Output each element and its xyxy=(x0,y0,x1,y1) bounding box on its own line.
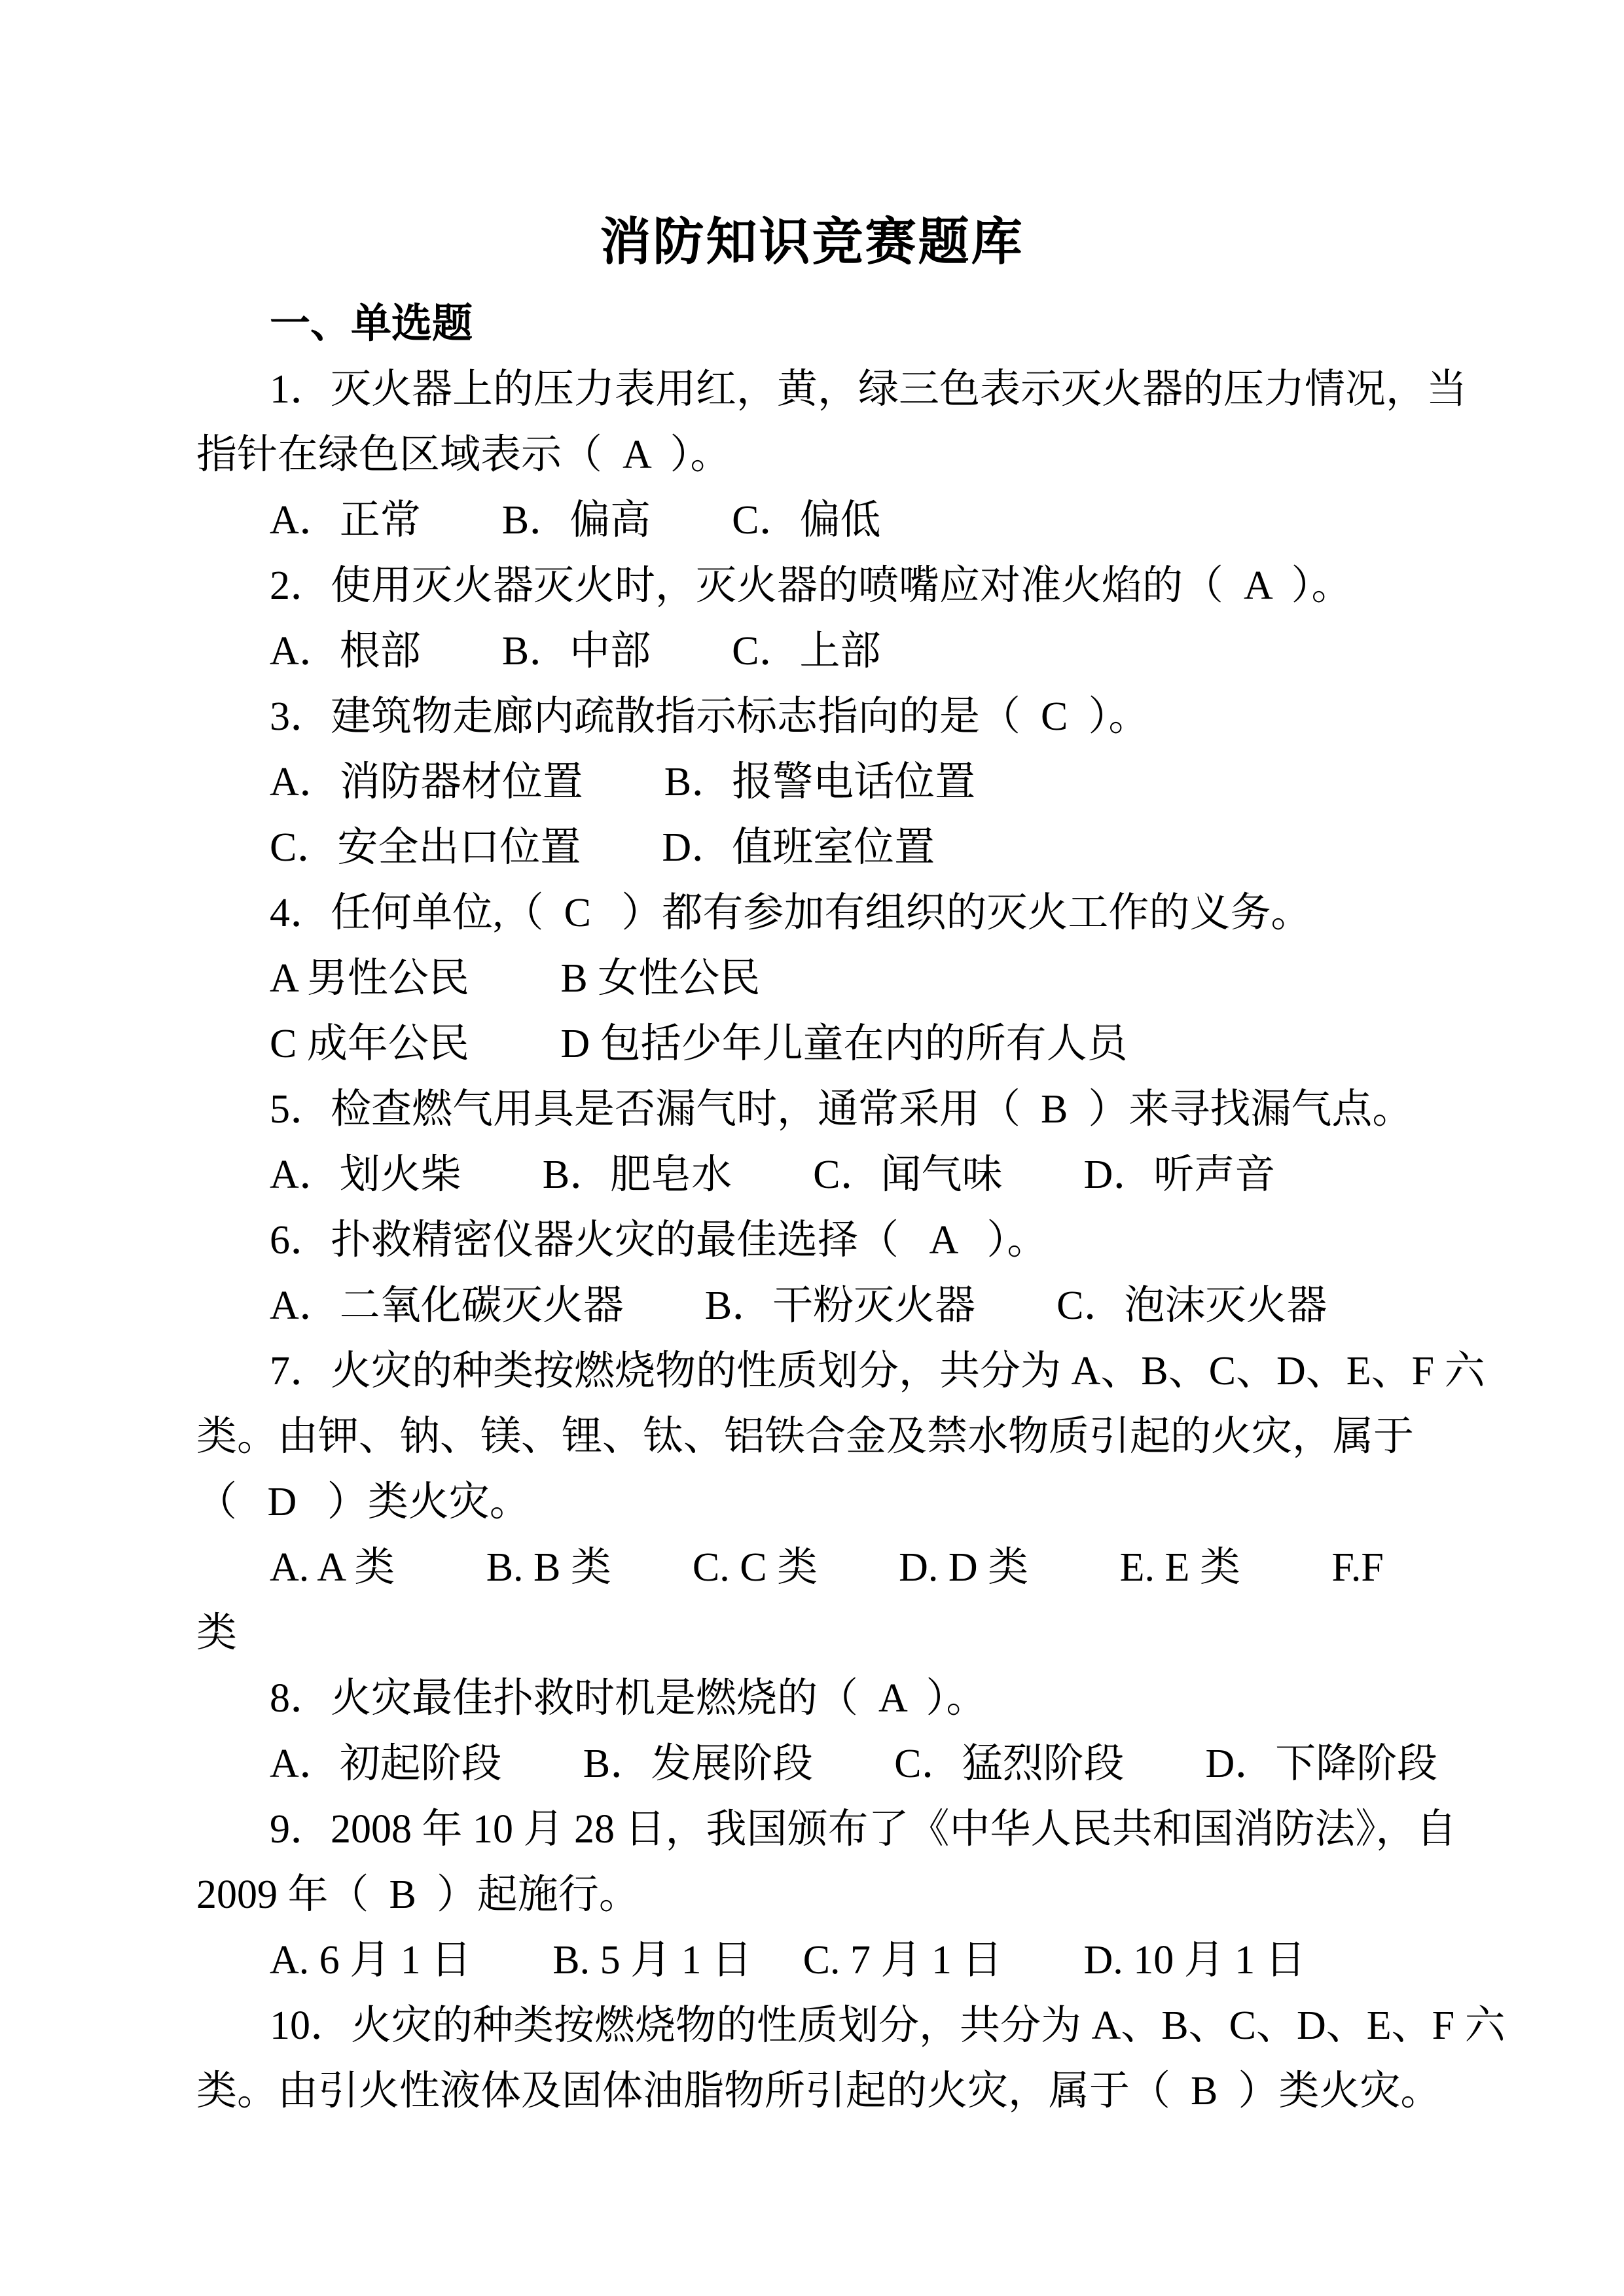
question-9-text-line-2: 2009 年（ B ）起施行。 xyxy=(196,1862,1428,1928)
question-7-text-line-3: （ D ）类火灾。 xyxy=(196,1469,1428,1535)
document-page: 消防知识竞赛题库 一、单选题 1．灭火器上的压力表用红，黄，绿三色表示灭火器的压… xyxy=(0,0,1624,2296)
question-8-options: A．初起阶段 B．发展阶段 C．猛烈阶段 D．下降阶段 xyxy=(196,1731,1428,1797)
question-4-options-row-1: A 男性公民 B 女性公民 xyxy=(196,946,1428,1011)
question-5-text: 5．检查燃气用具是否漏气时，通常采用（ B ）来寻找漏气点。 xyxy=(196,1077,1428,1142)
question-1-text-line-2: 指针在绿色区域表示（ A ）。 xyxy=(196,422,1428,488)
section-heading-single-choice: 一、单选题 xyxy=(196,291,1428,357)
question-6-options: A．二氧化碳灭火器 B．干粉灭火器 C．泡沫灭火器 xyxy=(196,1273,1428,1338)
question-6-text: 6．扑救精密仪器火灾的最佳选择（ A ）。 xyxy=(196,1208,1428,1273)
question-7-options-line-2: 类 xyxy=(196,1600,1428,1666)
question-4-options-row-2: C 成年公民 D 包括少年儿童在内的所有人员 xyxy=(196,1011,1428,1077)
question-9-options: A. 6 月 1 日 B. 5 月 1 日 C. 7 月 1 日 D. 10 月… xyxy=(196,1928,1428,1993)
question-7-options-line-1: A. A 类 B. B 类 C. C 类 D. D 类 E. E 类 F.F xyxy=(196,1535,1428,1600)
question-3-text: 3．建筑物走廊内疏散指示标志指向的是（ C ）。 xyxy=(196,684,1428,749)
question-1-options: A．正常 B．偏高 C．偏低 xyxy=(196,488,1428,553)
question-10-text-line-2: 类。由引火性液体及固体油脂物所引起的火灾，属于（ B ）类火灾。 xyxy=(196,2058,1428,2124)
question-4-text: 4．任何单位,（ C ）都有参加有组织的灭火工作的义务。 xyxy=(196,880,1428,946)
question-2-text: 2．使用灭火器灭火时，灭火器的喷嘴应对准火焰的（ A ）。 xyxy=(196,553,1428,619)
question-5-options: A．划火柴 B．肥皂水 C．闻气味 D．听声音 xyxy=(196,1142,1428,1208)
question-8-text: 8．火灾最佳扑救时机是燃烧的（ A ）。 xyxy=(196,1666,1428,1731)
question-10-text-line-1: 10．火灾的种类按燃烧物的性质划分，共分为 A、B、C、D、E、F 六 xyxy=(196,1993,1428,2058)
question-3-options-row-2: C．安全出口位置 D．值班室位置 xyxy=(196,815,1428,880)
question-7-text-line-2: 类。由钾、钠、镁、锂、钛、铝铁合金及禁水物质引起的火灾，属于 xyxy=(196,1404,1428,1469)
question-9-text-line-1: 9．2008 年 10 月 28 日，我国颁布了《中华人民共和国消防法》，自 xyxy=(196,1797,1428,1862)
question-1-text-line-1: 1．灭火器上的压力表用红，黄，绿三色表示灭火器的压力情况，当 xyxy=(196,357,1428,422)
question-3-options-row-1: A．消防器材位置 B．报警电话位置 xyxy=(196,749,1428,815)
document-title: 消防知识竞赛题库 xyxy=(196,203,1428,281)
question-2-options: A．根部 B．中部 C．上部 xyxy=(196,619,1428,684)
question-7-text-line-1: 7．火灾的种类按燃烧物的性质划分，共分为 A、B、C、D、E、F 六 xyxy=(196,1338,1428,1404)
